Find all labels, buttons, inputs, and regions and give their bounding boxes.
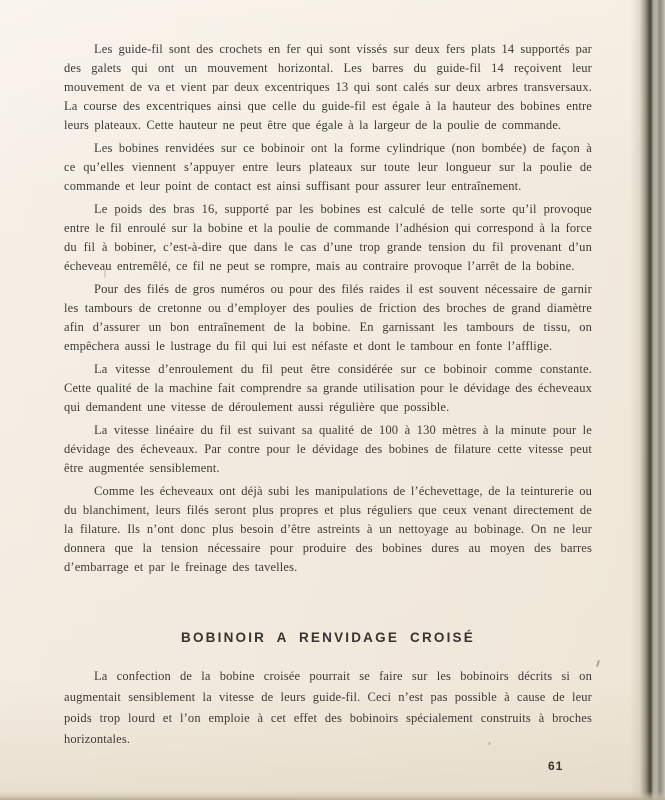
paragraph: La confection de la bobine croisée pourr… <box>64 666 592 750</box>
page-number: 61 <box>548 759 563 773</box>
paragraph: La vitesse linéaire du fil est suivant s… <box>64 421 592 478</box>
page-edge-bottom <box>0 791 665 800</box>
closing-text: La confection de la bobine croisée pourr… <box>64 666 592 750</box>
paragraph: Les bobines renvidées sur ce bobinoir on… <box>64 139 592 196</box>
paragraph: Le poids des bras 16, supporté par les b… <box>64 200 592 276</box>
page-edge-right <box>630 0 665 800</box>
paper-speck <box>596 660 600 667</box>
scanned-book-page: Les guide-fil sont des crochets en fer q… <box>0 0 665 800</box>
paper-speck <box>104 268 106 278</box>
paper-speck <box>488 742 491 745</box>
paragraph: Comme les écheveaux ont déjà subi les ma… <box>64 482 592 577</box>
body-text: Les guide-fil sont des crochets en fer q… <box>64 40 592 581</box>
paragraph: Les guide-fil sont des crochets en fer q… <box>64 40 592 135</box>
paragraph: Pour des filés de gros numéros ou pour d… <box>64 280 592 356</box>
paragraph: La vitesse d’enroulement du fil peut êtr… <box>64 360 592 417</box>
section-heading: BOBINOIR A RENVIDAGE CROISÉ <box>64 630 592 645</box>
